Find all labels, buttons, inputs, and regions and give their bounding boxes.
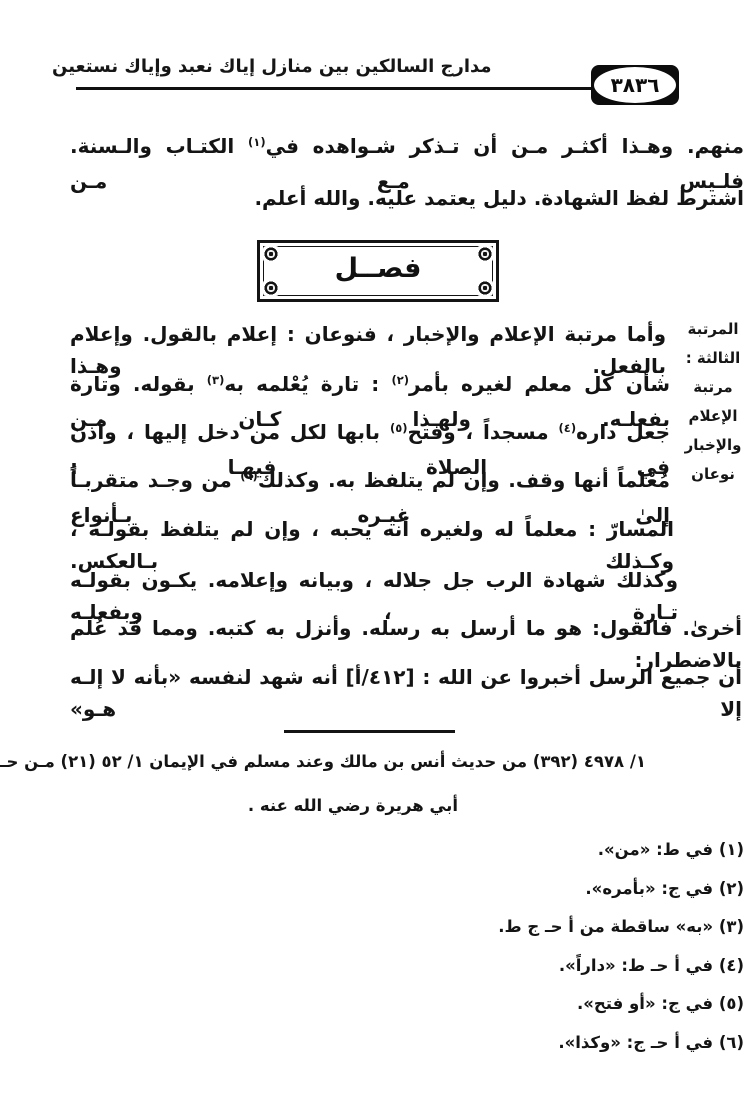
margin-note-line: والإخبار	[679, 431, 747, 460]
margin-note-line: نوعان	[679, 460, 747, 489]
text-segment: مسجداً ، وفتح	[408, 420, 559, 444]
running-head-title: مدارج السالكين بين منازل إياك نعبد وإياك…	[52, 56, 492, 77]
footnotes-list: (١) في ط: «من». (٢) في ج: «بأمره». (٣) «…	[10, 831, 744, 1062]
margin-note-line: مرتبة	[679, 373, 747, 402]
text-segment: شأن كل معلم لغيره بأمر	[409, 372, 670, 396]
footnote-marker: (٢)	[391, 373, 409, 387]
footnote-continuation-line: أبي هريرة رضي الله عنه .	[248, 796, 458, 815]
body-line: وكذلك شهادة الرب جل جلاله ، وبيانه وإعلا…	[70, 564, 678, 596]
margin-note-line: الثالثة :	[679, 344, 747, 373]
footnote-item: (٦) في أ حـ ج: «وكذا».	[10, 1024, 744, 1063]
page-number-oval: ٣٨٣٦	[594, 67, 676, 103]
body-line: أن جميع الرسل أخبروا عن الله : [٤١٢/أ] أ…	[70, 661, 742, 693]
body-line: جعل داره(٤) مسجداً ، وفتح(٥) بابها لكل م…	[70, 416, 670, 448]
page-number-badge: ٣٨٣٦	[591, 65, 679, 105]
text-segment: : تارة يُعْلمه به	[224, 372, 391, 396]
body-line: وأما مرتبة الإعلام والإخبار ، فنوعان : إ…	[70, 318, 666, 350]
margin-note-line: الإعلام	[679, 402, 747, 431]
section-heading-box: فصــل	[257, 240, 499, 302]
footnote-continuation-line: ١/ ٤٩٧٨ (٣٩٢) من حديث أنس بن مالك وعند م…	[0, 752, 646, 771]
body-line: منهم. وهـذا أكثـر مـن أن تـذكر شـواهده ف…	[70, 130, 744, 162]
text-segment: اشترط لفظ الشهادة. دليل يعتمد عليه. والل…	[254, 186, 744, 210]
book-page: مدارج السالكين بين منازل إياك نعبد وإياك…	[0, 0, 754, 1104]
footnote-marker: (١)	[248, 135, 266, 149]
section-heading-label: فصــل	[260, 243, 496, 293]
text-segment: أن جميع الرسل أخبروا عن الله : [٤١٢/أ] أ…	[70, 665, 742, 721]
body-line: شأن كل معلم لغيره بأمر(٢) : تارة يُعْلمه…	[70, 368, 670, 400]
footnote-marker: (٥)	[390, 421, 408, 435]
footnote-item: (٢) في ج: «بأمره».	[10, 870, 744, 909]
footnote-item: (١) في ط: «من».	[10, 831, 744, 870]
footnote-marker: (٣)	[207, 373, 225, 387]
margin-note-line: المرتبة	[679, 315, 747, 344]
header-rule	[76, 87, 593, 90]
page-number: ٣٨٣٦	[611, 73, 660, 97]
footnote-marker: (٤)	[559, 421, 577, 435]
text-segment: منهم. وهـذا أكثـر مـن أن تـذكر شـواهده ف…	[266, 134, 744, 158]
footnote-marker: (٦)	[240, 469, 258, 483]
text-segment: جعل داره	[576, 420, 670, 444]
footnote-item: (٣) «به» ساقطة من أ حـ ج ط.	[10, 908, 744, 947]
body-line: اشترط لفظ الشهادة. دليل يعتمد عليه. والل…	[70, 182, 744, 214]
body-line: أخرىٰ. فالقول: هو ما أرسل به رسله. وأنزل…	[70, 612, 742, 644]
footnote-item: (٤) في أ حـ ط: «داراً».	[10, 947, 744, 986]
text-segment: مُعْلماً أنها وقف. وإن لم يتلفظ به. وكذل…	[258, 468, 670, 492]
body-line: مُعْلماً أنها وقف. وإن لم يتلفظ به. وكذل…	[70, 464, 670, 496]
margin-note: المرتبة الثالثة : مرتبة الإعلام والإخبار…	[679, 315, 747, 489]
footnote-item: (٥) في ج: «أو فتح».	[10, 985, 744, 1024]
body-line: المسارّ : معلماً له ولغيره أنه يحبه ، وإ…	[70, 513, 674, 545]
footnote-separator	[284, 730, 455, 733]
